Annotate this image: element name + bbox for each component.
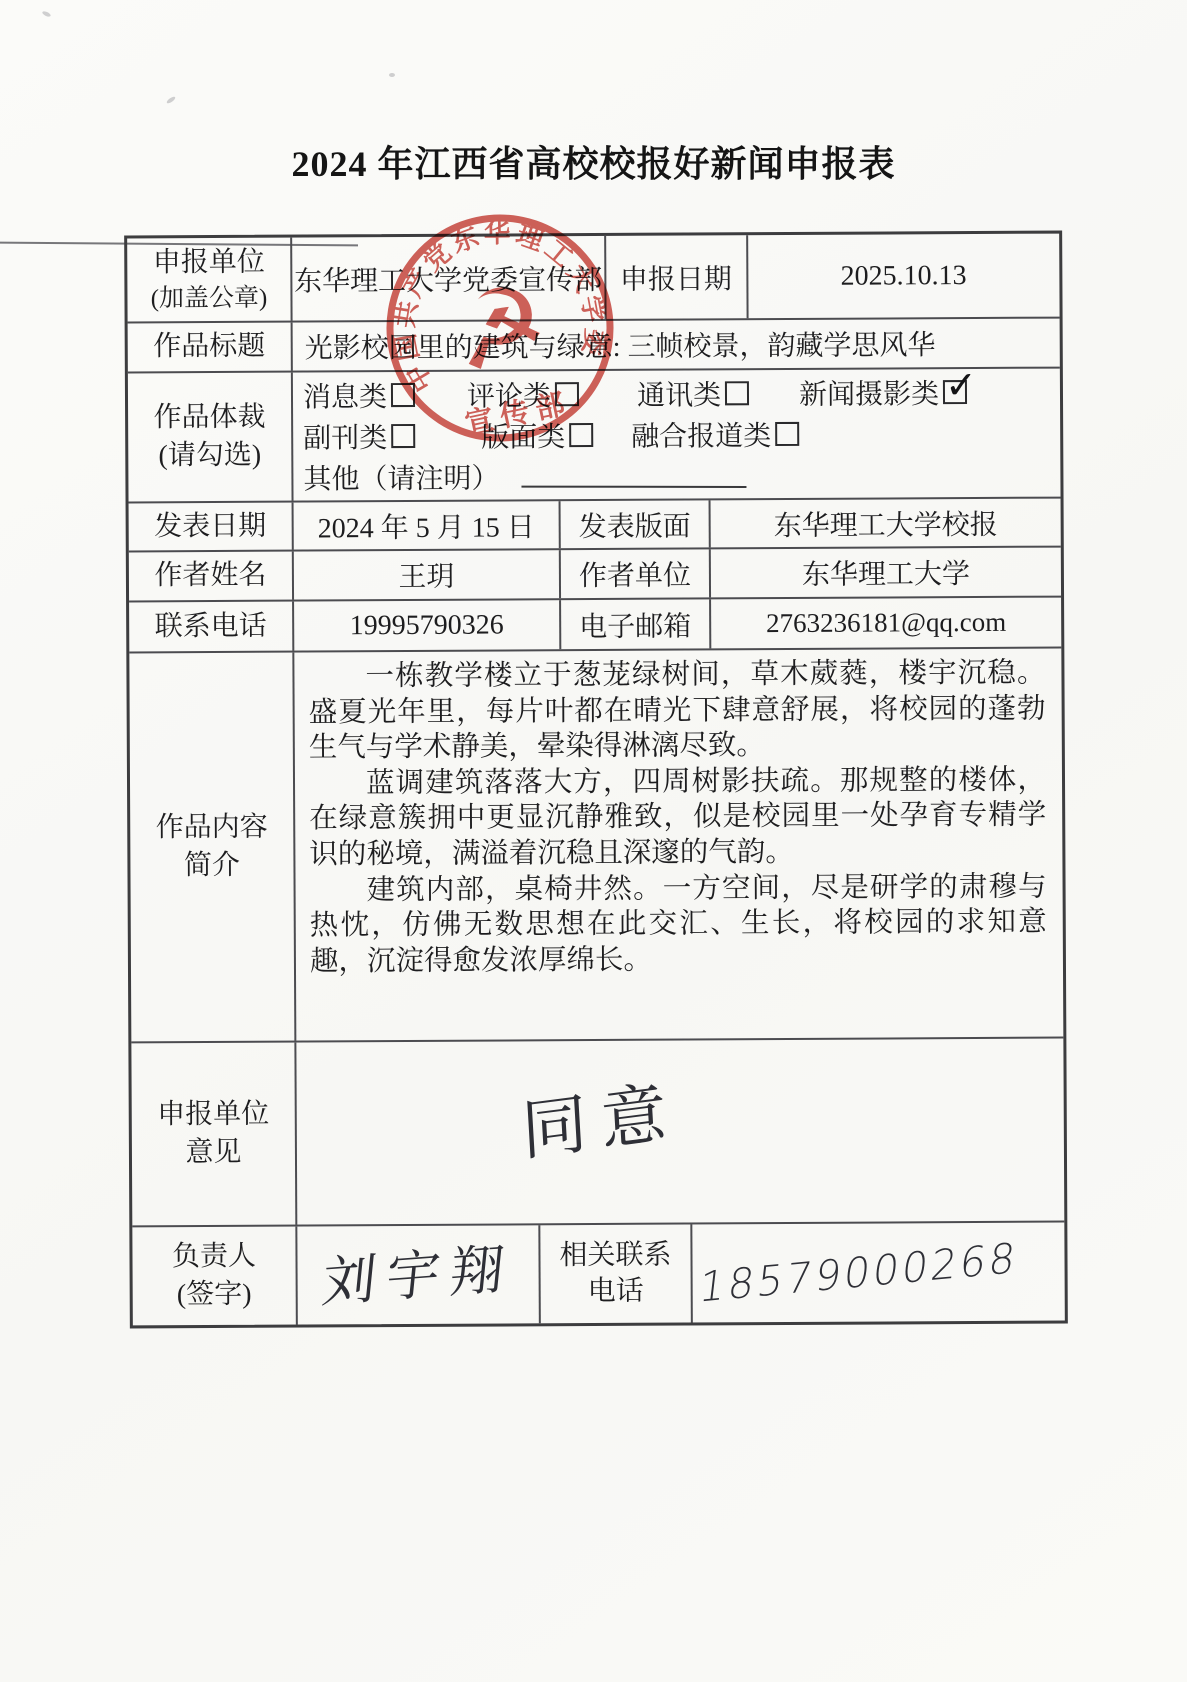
genre-other-blank-line (521, 486, 746, 488)
summary-paragraph: 一栋教学楼立于葱茏绿树间，草木葳蕤，楼宇沉稳。盛夏光年里，每片叶都在晴光下肆意舒… (308, 656, 1046, 767)
genre-options-row2: 副刊类 版面类 融合报道类 (303, 412, 1060, 457)
check-mark-icon: ✓ (945, 366, 977, 404)
genre-option-message: 消息类 (303, 375, 415, 416)
genre-option-communication: 通讯类 (637, 373, 749, 414)
scanned-form-page: 2024 年江西省高校校报好新闻申报表 申报单位 (加盖公章) 东华理工大学党委… (0, 0, 1187, 1682)
work-title-label: 作品标题 (128, 323, 293, 372)
genre-label: 作品体裁 (请勾选) (128, 373, 294, 502)
author-name-value: 王玥 (294, 550, 561, 599)
table-row-opinion: 申报单位 意见 同意 (131, 1039, 1064, 1228)
genre-option-layout: 版面类 (481, 415, 593, 456)
handwritten-signature: 刘宇翔 (318, 1225, 517, 1317)
genre-options-row1: 消息类 评论类 通讯类 新闻摄影类 ✓ (303, 371, 1060, 416)
publish-date-label: 发表日期 (129, 503, 294, 551)
genre-option-converged-report: 融合报道类 (631, 414, 799, 455)
genre-option-news-photography: 新闻摄影类 ✓ (799, 372, 967, 413)
author-unit-value: 东华理工大学 (711, 548, 1061, 598)
checkbox-unchecked (555, 382, 579, 406)
declare-date-value: 2025.10.13 (748, 234, 1060, 319)
email-label: 电子邮箱 (561, 599, 711, 649)
opinion-label: 申报单位 意见 (131, 1043, 297, 1226)
contact-phone-label: 相关联系 电话 (540, 1225, 693, 1324)
table-row-genre: 作品体裁 (请勾选) 消息类 评论类 通讯类 (128, 369, 1061, 504)
checkbox-unchecked (391, 424, 415, 448)
summary-paragraph: 建筑内部，桌椅井然。一方空间，尽是研学的肃穆与热忱，仿佛无数思想在此交汇、生长，… (309, 869, 1047, 980)
scan-speck (166, 95, 176, 104)
checkbox-unchecked (725, 381, 749, 405)
checkbox-unchecked (391, 383, 415, 407)
table-row-contact: 联系电话 19995790326 电子邮箱 2763236181@qq.com (129, 598, 1061, 654)
publish-page-value: 东华理工大学校报 (711, 499, 1061, 548)
summary-paragraph: 蓝调建筑落落大方，四周树影扶疏。那规整的楼体，在绿意簇拥中更显沉静雅致，似是校园… (309, 762, 1047, 873)
genre-option-comment: 评论类 (467, 374, 579, 415)
application-form-table: 申报单位 (加盖公章) 东华理工大学党委宣传部 申报日期 2025.10.13 … (124, 231, 1068, 1329)
phone-value: 19995790326 (294, 600, 561, 650)
table-row-summary: 作品内容 简介 一栋教学楼立于葱茏绿树间，草木葳蕤，楼宇沉稳。盛夏光年里，每片叶… (129, 649, 1063, 1044)
publish-page-label: 发表版面 (561, 500, 711, 548)
scan-speck (389, 73, 395, 77)
checkbox-unchecked (775, 422, 799, 446)
declare-unit-label: 申报单位 (加盖公章) (127, 238, 292, 322)
summary-label: 作品内容 简介 (129, 653, 296, 1042)
genre-options: 消息类 评论类 通讯类 新闻摄影类 ✓ (293, 369, 1061, 501)
declare-date-label: 申报日期 (606, 235, 748, 319)
table-row-declare-unit: 申报单位 (加盖公章) 东华理工大学党委宣传部 申报日期 2025.10.13 (127, 234, 1059, 324)
declare-unit-value: 东华理工大学党委宣传部 (292, 236, 606, 321)
author-name-label: 作者姓名 (129, 552, 294, 601)
publish-date-value: 2024 年 5 月 15 日 (294, 501, 561, 549)
table-row-signature: 负责人 (签字) 刘宇翔 相关联系 电话 18579000268 (132, 1223, 1065, 1326)
table-row-author: 作者姓名 王玥 作者单位 东华理工大学 (129, 548, 1061, 603)
author-unit-label: 作者单位 (561, 549, 711, 598)
genre-other-label: 其他（请注明） (303, 457, 499, 498)
checkbox-checked: ✓ (943, 380, 967, 404)
handwritten-phone: 18579000268 (696, 1233, 1020, 1311)
handwritten-approval: 同意 (518, 1057, 682, 1172)
checkbox-unchecked (569, 423, 593, 447)
email-value: 2763236181@qq.com (711, 598, 1061, 649)
table-row-work-title: 作品标题 光影校园里的建筑与绿意: 三帧校景，韵藏学思风华 (128, 319, 1060, 374)
contact-phone-value: 18579000268 (692, 1223, 1065, 1323)
opinion-value: 同意 (296, 1039, 1064, 1225)
genre-options-row3: 其他（请注明） (303, 453, 1060, 498)
responsible-label: 负责人 (签字) (132, 1227, 298, 1326)
responsible-signature: 刘宇翔 (297, 1225, 541, 1324)
scan-speck (42, 10, 52, 17)
summary-text: 一栋教学楼立于葱茏绿树间，草木葳蕤，楼宇沉稳。盛夏光年里，每片叶都在晴光下肆意舒… (294, 649, 1063, 1041)
table-row-publish: 发表日期 2024 年 5 月 15 日 发表版面 东华理工大学校报 (129, 499, 1061, 553)
page-title: 2024 年江西省高校校报好新闻申报表 (0, 136, 1187, 187)
phone-label: 联系电话 (129, 602, 294, 652)
genre-option-supplement: 副刊类 (303, 416, 415, 457)
